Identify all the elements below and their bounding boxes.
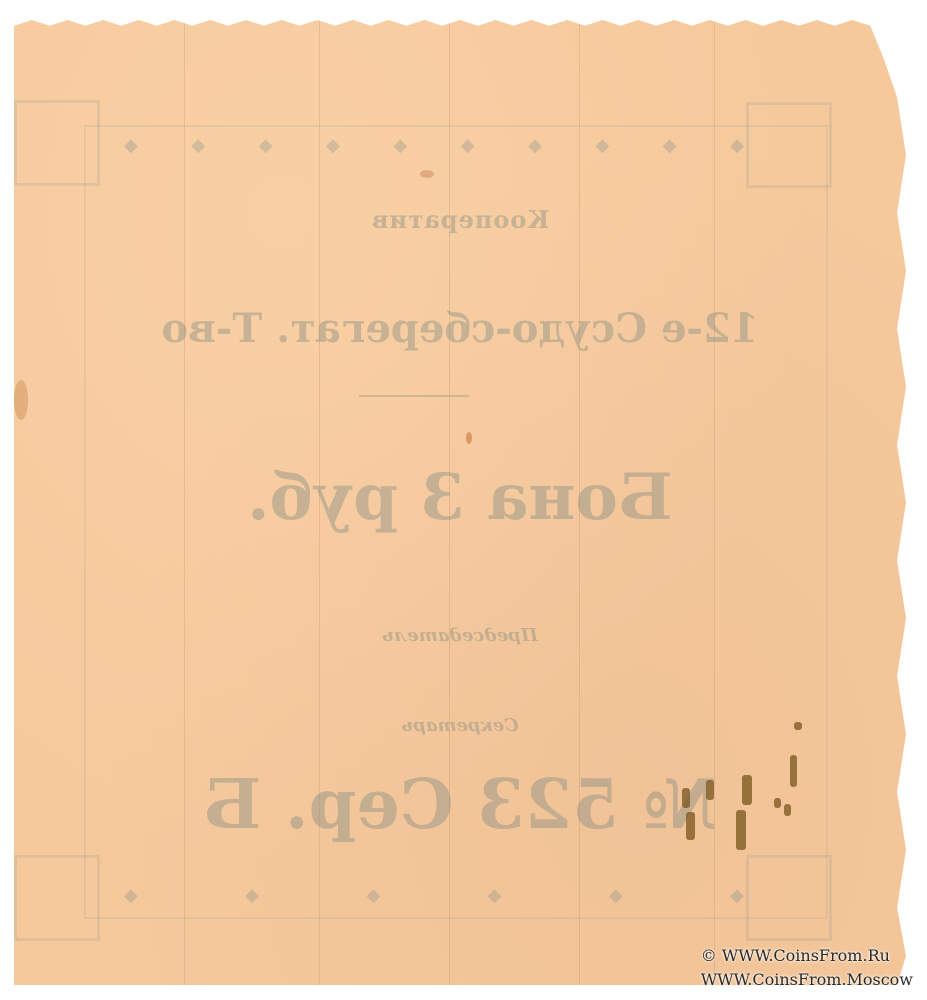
banknote-reverse: ◆ ◆ ◆ ◆ ◆ ◆ ◆ ◆ ◆ ◆ ◆ ◆ ◆ ◆ ◆ ◆ Кооперат… <box>14 20 906 985</box>
ornament-row-top: ◆ ◆ ◆ ◆ ◆ ◆ ◆ ◆ ◆ ◆ <box>124 135 744 156</box>
corner-ornament <box>746 102 832 188</box>
diamond-icon: ◆ <box>259 135 273 156</box>
diamond-icon: ◆ <box>730 135 744 156</box>
ghost-text-serial: № 523 Сер. Б <box>14 765 906 845</box>
paper-stain <box>14 380 28 420</box>
diamond-icon: ◆ <box>730 885 744 906</box>
diamond-icon: ◆ <box>124 135 138 156</box>
divider <box>359 395 469 397</box>
diamond-icon: ◆ <box>326 135 340 156</box>
paper-stain <box>466 432 472 444</box>
corner-ornament <box>14 855 100 941</box>
diamond-icon: ◆ <box>488 885 502 906</box>
ink-mark <box>774 798 781 808</box>
ink-mark <box>784 804 791 816</box>
ink-mark <box>790 755 797 787</box>
corner-ornament <box>14 100 100 186</box>
ghost-text-cooperative: Кооператив <box>14 205 906 234</box>
paper-stain <box>420 170 434 178</box>
ghost-text-chairman: Председатель <box>14 625 906 646</box>
copyright-watermark: © WWW.CoinsFrom.Ru WWW.CoinsFrom.Moscow <box>701 944 913 992</box>
diamond-icon: ◆ <box>366 885 380 906</box>
diamond-icon: ◆ <box>663 135 677 156</box>
diamond-icon: ◆ <box>124 885 138 906</box>
diamond-icon: ◆ <box>528 135 542 156</box>
ink-mark <box>706 780 714 800</box>
diamond-icon: ◆ <box>191 135 205 156</box>
diamond-icon: ◆ <box>245 885 259 906</box>
corner-ornament <box>746 855 832 941</box>
watermark-line-2: WWW.CoinsFrom.Moscow <box>701 968 913 992</box>
ink-mark <box>736 810 746 850</box>
watermark-line-1: © WWW.CoinsFrom.Ru <box>701 944 913 968</box>
ghost-text-secretary: Секретарь <box>14 715 906 736</box>
ink-mark <box>794 722 802 730</box>
ink-mark <box>686 812 695 840</box>
ghost-text-society: 12-е Ссудо-сберегат. Т-во <box>14 305 906 352</box>
ink-mark <box>682 788 690 808</box>
ghost-text-denomination: Бона 3 руб. <box>14 460 906 535</box>
diamond-icon: ◆ <box>609 885 623 906</box>
diamond-icon: ◆ <box>393 135 407 156</box>
ornament-row-bottom: ◆ ◆ ◆ ◆ ◆ ◆ <box>124 885 744 906</box>
ink-mark <box>742 775 752 805</box>
diamond-icon: ◆ <box>461 135 475 156</box>
diamond-icon: ◆ <box>595 135 609 156</box>
